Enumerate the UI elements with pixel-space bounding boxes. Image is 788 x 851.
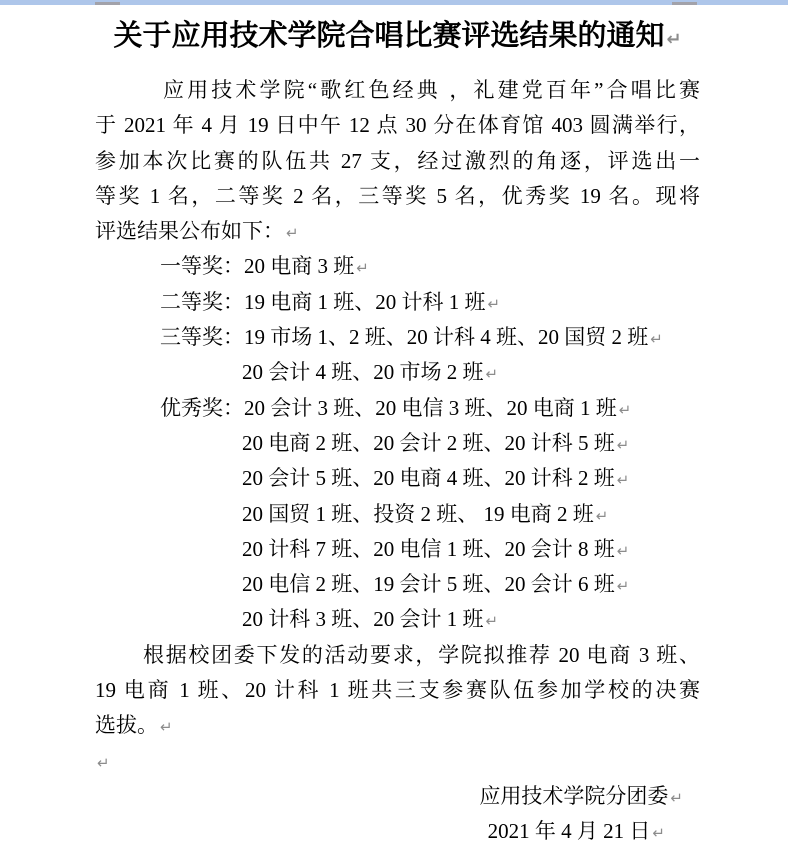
paragraph-mark: ↵ xyxy=(650,330,663,348)
line-text: 根据校团委下发的活动要求，学院拟推荐 20 电商 3 班、 xyxy=(143,643,700,667)
line-text: 20 国贸 1 班、投资 2 班、 19 电商 2 班 xyxy=(242,502,594,526)
window-chrome-strip xyxy=(0,0,788,5)
word-document-page: 关于应用技术学院合唱比赛评选结果的通知↵ 应用技术学院“歌红色经典 ，礼建党百年… xyxy=(0,0,788,850)
signature-date-line: 2021 年 4 月 21 日↵ xyxy=(95,814,700,849)
intro-line-5: 评选结果公布如下：↵ xyxy=(95,214,700,249)
award-merit-continuation-line: 20 电信 2 班、19 会计 5 班、20 会计 6 班↵ xyxy=(95,567,700,602)
intro-line-3: 参加本次比赛的队伍共 27 支，经过激烈的角逐，评选出一 xyxy=(95,144,700,179)
award-third-prize-line: 三等奖：19 市场 1、2 班、20 计科 4 班、20 国贸 2 班↵ xyxy=(95,320,700,355)
award-merit-continuation-line: 20 计科 3 班、20 会计 1 班↵ xyxy=(95,602,700,637)
document-lines: 应用技术学院“歌红色经典 ，礼建党百年”合唱比赛于 2021 年 4 月 19 … xyxy=(95,73,700,850)
award-third-prize-continuation-line: 20 会计 4 班、20 市场 2 班↵ xyxy=(95,355,700,390)
line-text: 参加本次比赛的队伍共 27 支，经过激烈的角逐，评选出一 xyxy=(95,149,700,173)
paragraph-mark: ↵ xyxy=(666,29,681,50)
intro-line-4: 等奖 1 名，二等奖 2 名，三等奖 5 名，优秀奖 19 名。现将 xyxy=(95,179,700,214)
ruler-margin-marker-right xyxy=(672,2,697,5)
paragraph-mark: ↵ xyxy=(652,824,665,842)
line-text: 应用技术学院分团委 xyxy=(479,784,668,808)
paragraph-mark: ↵ xyxy=(617,436,630,454)
paragraph-mark: ↵ xyxy=(488,295,501,313)
paragraph-mark: ↵ xyxy=(486,612,499,630)
award-merit-prize-line: 优秀奖：20 会计 3 班、20 电信 3 班、20 电商 1 班↵ xyxy=(95,391,700,426)
line-text: 评选结果公布如下： xyxy=(95,219,284,243)
line-text: 19 电商 1 班、20 计科 1 班共三支参赛队伍参加学校的决赛 xyxy=(95,678,700,702)
line-text: 二等奖：19 电商 1 班、20 计科 1 班 xyxy=(160,290,486,314)
award-merit-continuation-line: 20 计科 7 班、20 电信 1 班、20 会计 8 班↵ xyxy=(95,532,700,567)
line-text: 应用技术学院“歌红色经典 ，礼建党百年”合唱比赛 xyxy=(163,78,700,102)
line-text: 20 电商 2 班、20 会计 2 班、20 计科 5 班 xyxy=(242,431,615,455)
line-text: 20 计科 7 班、20 电信 1 班、20 会计 8 班 xyxy=(242,537,615,561)
line-text: 20 会计 5 班、20 电商 4 班、20 计科 2 班 xyxy=(242,466,615,490)
line-text: 20 计科 3 班、20 会计 1 班 xyxy=(242,607,484,631)
award-merit-continuation-line: 20 国贸 1 班、投资 2 班、 19 电商 2 班↵ xyxy=(95,497,700,532)
paragraph-mark: ↵ xyxy=(97,754,110,772)
line-text: 2021 年 4 月 21 日 xyxy=(488,819,651,843)
paragraph-mark: ↵ xyxy=(286,224,299,242)
award-second-prize-line: 二等奖：19 电商 1 班、20 计科 1 班↵ xyxy=(95,285,700,320)
paragraph-mark: ↵ xyxy=(160,718,173,736)
award-first-prize-line: 一等奖：20 电商 3 班↵ xyxy=(95,249,700,284)
empty-paragraph-line: ↵ xyxy=(95,744,700,779)
award-merit-continuation-line: 20 电商 2 班、20 会计 2 班、20 计科 5 班↵ xyxy=(95,426,700,461)
closing-line-3: 选拔。↵ xyxy=(95,708,700,743)
intro-line-2: 于 2021 年 4 月 19 日中午 12 点 30 分在体育馆 403 圆满… xyxy=(95,108,700,143)
paragraph-mark: ↵ xyxy=(356,259,369,277)
document-title: 关于应用技术学院合唱比赛评选结果的通知↵ xyxy=(95,13,700,63)
paragraph-mark: ↵ xyxy=(486,365,499,383)
line-text: 一等奖：20 电商 3 班 xyxy=(160,254,354,278)
paragraph-mark: ↵ xyxy=(670,789,683,807)
line-text: 三等奖：19 市场 1、2 班、20 计科 4 班、20 国贸 2 班 xyxy=(160,325,648,349)
line-text: 选拔。 xyxy=(95,713,158,737)
paragraph-mark: ↵ xyxy=(617,577,630,595)
line-text: 优秀奖：20 会计 3 班、20 电信 3 班、20 电商 1 班 xyxy=(160,396,617,420)
closing-line-1: 根据校团委下发的活动要求，学院拟推荐 20 电商 3 班、 xyxy=(95,638,700,673)
paragraph-mark: ↵ xyxy=(617,471,630,489)
paragraph-mark: ↵ xyxy=(617,542,630,560)
ruler-margin-marker-left xyxy=(95,2,120,5)
intro-line-1: 应用技术学院“歌红色经典 ，礼建党百年”合唱比赛 xyxy=(95,73,700,108)
document-title-text: 关于应用技术学院合唱比赛评选结果的通知 xyxy=(113,20,664,52)
line-text: 20 电信 2 班、19 会计 5 班、20 会计 6 班 xyxy=(242,572,615,596)
signature-org-line: 应用技术学院分团委↵ xyxy=(95,779,700,814)
award-merit-continuation-line: 20 会计 5 班、20 电商 4 班、20 计科 2 班↵ xyxy=(95,461,700,496)
closing-line-2: 19 电商 1 班、20 计科 1 班共三支参赛队伍参加学校的决赛 xyxy=(95,673,700,708)
paragraph-mark: ↵ xyxy=(596,507,609,525)
line-text: 20 会计 4 班、20 市场 2 班 xyxy=(242,360,484,384)
line-text: 于 2021 年 4 月 19 日中午 12 点 30 分在体育馆 403 圆满… xyxy=(95,113,700,137)
document-body: 关于应用技术学院合唱比赛评选结果的通知↵ 应用技术学院“歌红色经典 ，礼建党百年… xyxy=(0,5,788,850)
paragraph-mark: ↵ xyxy=(619,401,632,419)
line-text: 等奖 1 名，二等奖 2 名，三等奖 5 名，优秀奖 19 名。现将 xyxy=(95,184,700,208)
